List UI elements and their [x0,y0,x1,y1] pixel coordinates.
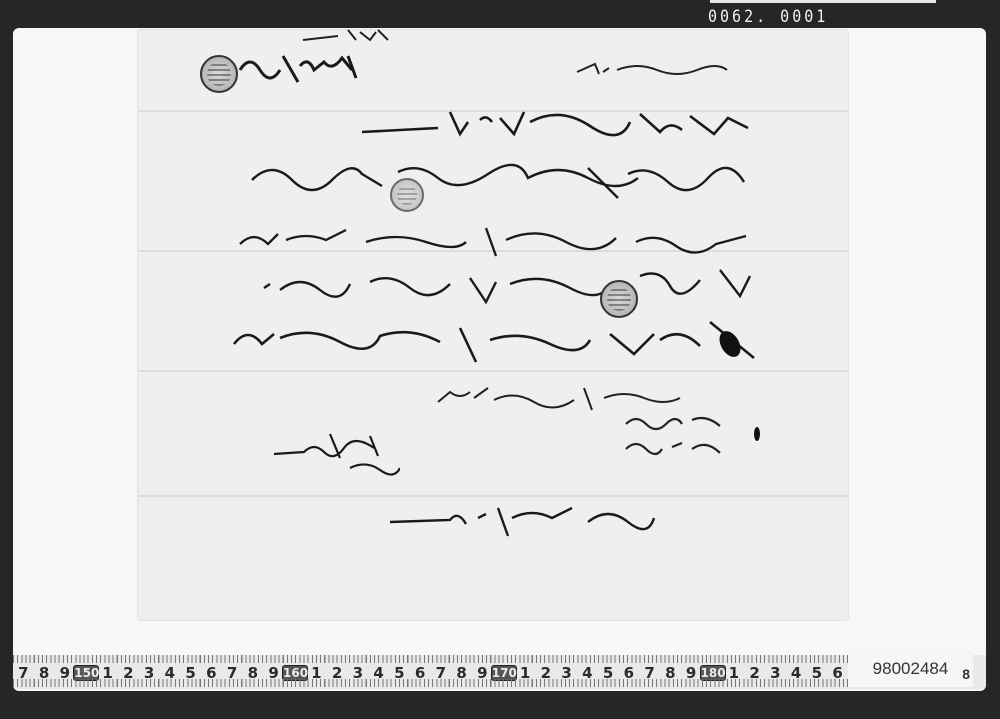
document-line [230,318,770,368]
document-line [622,435,732,459]
ruler-ticks [13,679,848,687]
seal-middle [390,178,424,212]
document-line [260,262,760,312]
document-line [434,380,694,412]
ink-mark [752,425,762,443]
seal-top-left [200,55,238,93]
fold-line [138,370,848,372]
measurement-ruler: 7 8 9 150 1 2 3 4 5 6 7 8 9 160 1 2 3 4 … [13,655,986,689]
frame-number: 0062. 0001 [708,6,828,27]
document-line [248,158,768,206]
ruler-ticks [13,655,848,663]
ruler-end-tick: 8 [962,666,970,682]
catalog-label: 98002484 [848,651,973,687]
document-line [622,410,732,434]
document-line [270,428,400,488]
document-line [573,58,733,82]
document-line [238,50,368,90]
top-strip [710,0,936,3]
seal-lower [600,280,638,318]
document-paper [138,30,848,620]
document-line-fragment [298,26,398,46]
document-line [236,218,761,262]
document-line [360,102,755,142]
catalog-number: 98002484 [873,659,949,679]
document-line [388,500,658,540]
fold-line [138,495,848,497]
